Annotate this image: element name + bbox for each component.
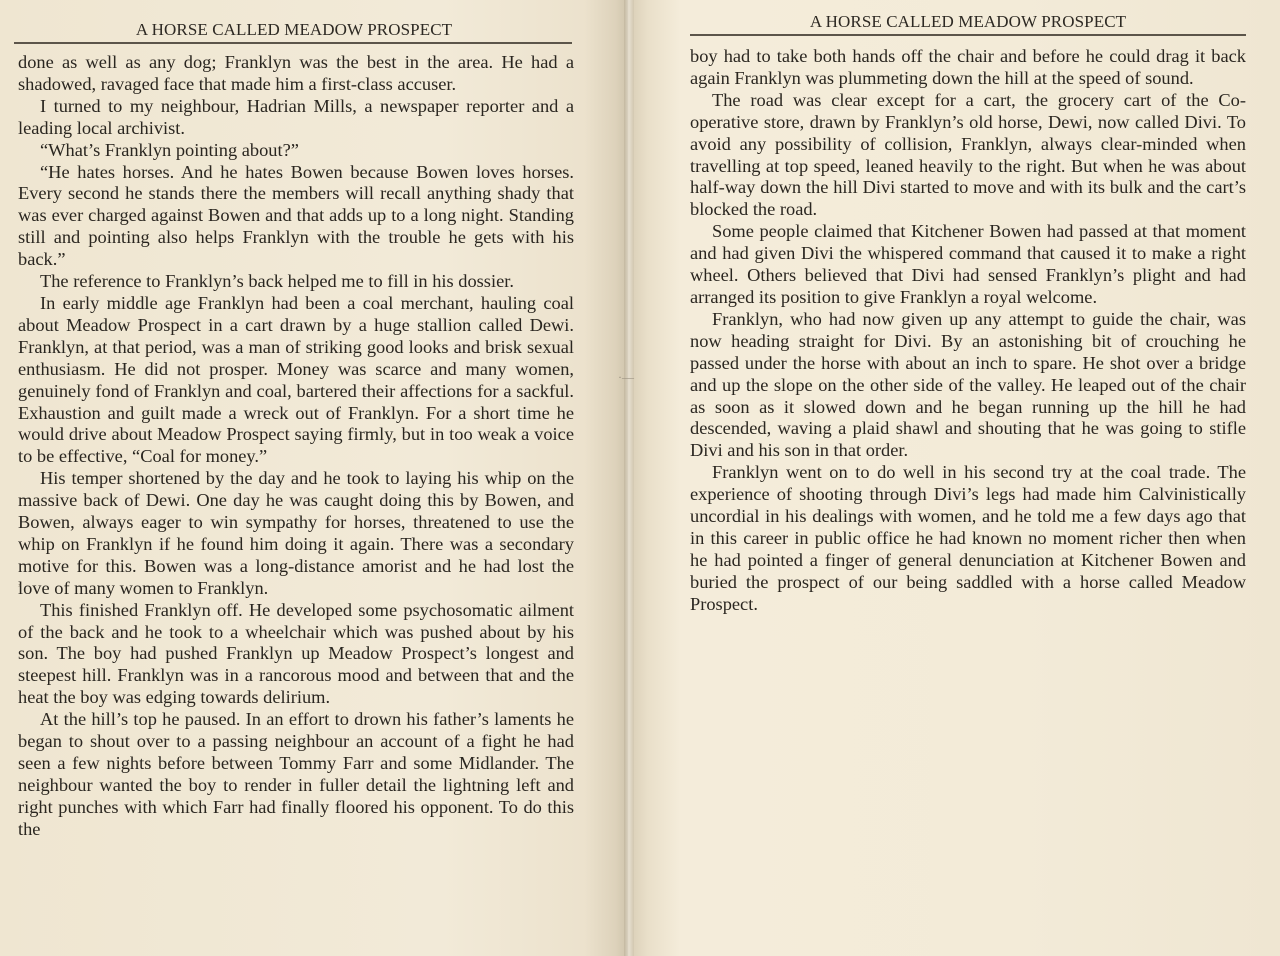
paragraph: His temper shortened by the day and he t… xyxy=(18,468,574,599)
paragraph: boy had to take both hands off the chair… xyxy=(690,46,1246,90)
paragraph: This finished Franklyn off. He developed… xyxy=(18,600,574,710)
book-spread: A HORSE CALLED MEADOW PROSPECT done as w… xyxy=(0,0,1280,956)
paragraph: The road was clear except for a cart, th… xyxy=(690,90,1246,221)
right-page: A HORSE CALLED MEADOW PROSPECT boy had t… xyxy=(628,0,1280,956)
paragraph: “He hates horses. And he hates Bowen bec… xyxy=(18,162,574,272)
paragraph: In early middle age Franklyn had been a … xyxy=(18,293,574,468)
paragraph: Some people claimed that Kitchener Bowen… xyxy=(690,221,1246,309)
paragraph: The reference to Franklyn’s back helped … xyxy=(18,271,574,293)
left-page-body: done as well as any dog; Franklyn was th… xyxy=(18,52,574,841)
running-head-left: A HORSE CALLED MEADOW PROSPECT xyxy=(18,20,570,40)
paragraph: Franklyn went on to do well in his secon… xyxy=(690,462,1246,615)
paragraph: I turned to my neighbour, Hadrian Mills,… xyxy=(18,96,574,140)
header-rule-right xyxy=(690,34,1246,36)
right-page-body: boy had to take both hands off the chair… xyxy=(690,46,1246,616)
book-gutter xyxy=(624,0,634,956)
binding-thread-mark: ·— xyxy=(618,370,634,385)
paragraph: Franklyn, who had now given up any attem… xyxy=(690,309,1246,462)
header-rule-left xyxy=(14,42,572,44)
left-page: A HORSE CALLED MEADOW PROSPECT done as w… xyxy=(0,0,628,956)
page-mark: , xyxy=(18,574,21,589)
paragraph: done as well as any dog; Franklyn was th… xyxy=(18,52,574,96)
running-head-right: A HORSE CALLED MEADOW PROSPECT xyxy=(690,12,1246,32)
paragraph: “What’s Franklyn pointing about?” xyxy=(18,140,574,162)
paragraph: At the hill’s top he paused. In an effor… xyxy=(18,709,574,840)
